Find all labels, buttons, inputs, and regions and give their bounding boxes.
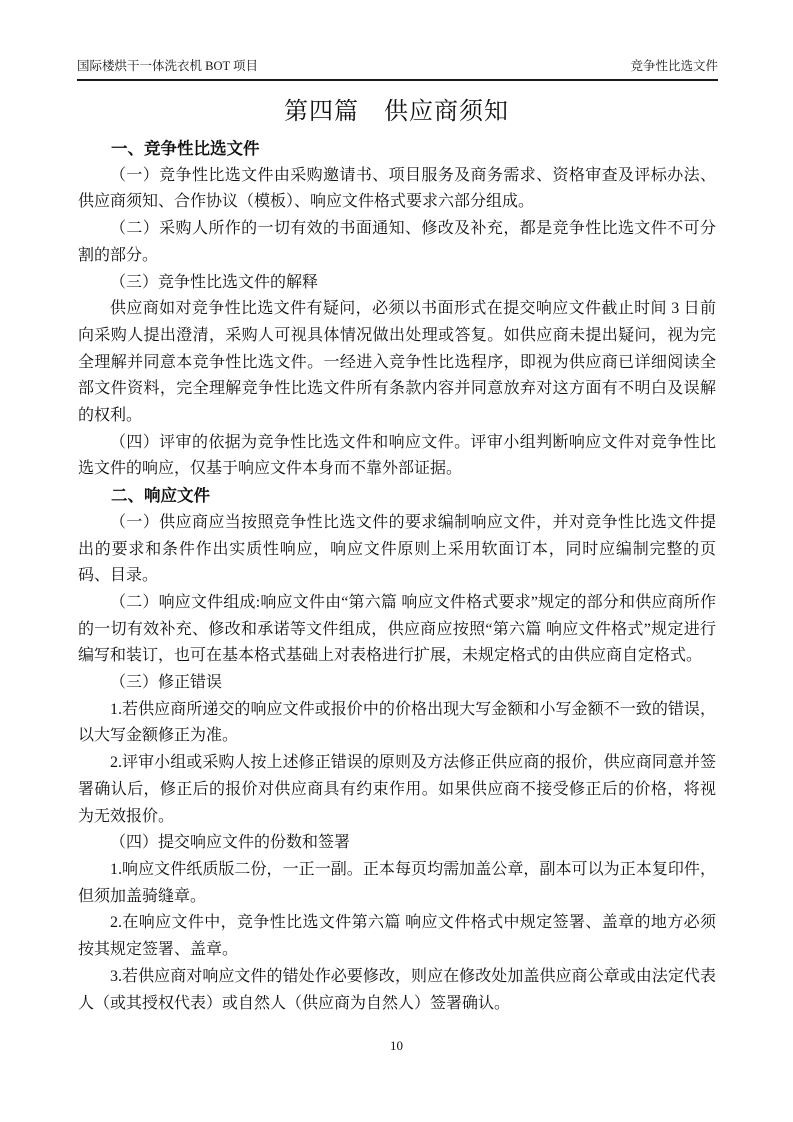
paragraph: （二）响应文件组成:响应文件由“第六篇 响应文件格式要求”规定的部分和供应商所作… xyxy=(78,590,716,670)
page-title: 第四篇 供应商须知 xyxy=(0,96,793,129)
paragraph: 1.响应文件纸质版二份，一正一副。正本每页均需加盖公章，副本可以为正本复印件，但… xyxy=(78,857,716,910)
paragraph: 2.在响应文件中，竞争性比选文件第六篇 响应文件格式中规定签署、盖章的地方必须按… xyxy=(78,910,716,963)
paragraph: （二）采购人所作的一切有效的书面通知、修改及补充，都是竞争性比选文件不可分割的部… xyxy=(78,216,716,269)
running-header: 国际楼烘干一体洗衣机 BOT 项目 竞争性比选文件 xyxy=(77,58,718,74)
paragraph: 1.若供应商所递交的响应文件或报价中的价格出现大写金额和小写金额不一致的错误，以… xyxy=(78,697,716,750)
paragraph: （一）竞争性比选文件由采购邀请书、项目服务及商务需求、资格审查及评标办法、供应商… xyxy=(78,163,716,216)
document-body: 一、竞争性比选文件 （一）竞争性比选文件由采购邀请书、项目服务及商务需求、资格审… xyxy=(78,136,716,1017)
running-header-left: 国际楼烘干一体洗衣机 BOT 项目 xyxy=(77,58,258,74)
header-rule xyxy=(77,79,718,81)
paragraph: 2.评审小组或采购人按上述修正错误的原则及方法修正供应商的报价，供应商同意并签署… xyxy=(78,750,716,830)
paragraph: 3.若供应商对响应文件的错处作必要修改，则应在修改处加盖供应商公章或由法定代表人… xyxy=(78,964,716,1017)
page-number: 10 xyxy=(0,1038,793,1054)
paragraph: 供应商如对竞争性比选文件有疑问，必须以书面形式在提交响应文件截止时间 3 日前向… xyxy=(78,296,716,430)
paragraph: （四）提交响应文件的份数和签署 xyxy=(78,830,716,857)
paragraph: （四）评审的依据为竞争性比选文件和响应文件。评审小组判断响应文件对竞争性比选文件… xyxy=(78,430,716,483)
section-heading-1: 一、竞争性比选文件 xyxy=(78,136,716,163)
paragraph: （一）供应商应当按照竞争性比选文件的要求编制响应文件，并对竞争性比选文件提出的要… xyxy=(78,510,716,590)
paragraph: （三）竞争性比选文件的解释 xyxy=(78,270,716,297)
paragraph: （三）修正错误 xyxy=(78,670,716,697)
running-header-right: 竞争性比选文件 xyxy=(630,58,718,74)
section-heading-2: 二、响应文件 xyxy=(78,483,716,510)
